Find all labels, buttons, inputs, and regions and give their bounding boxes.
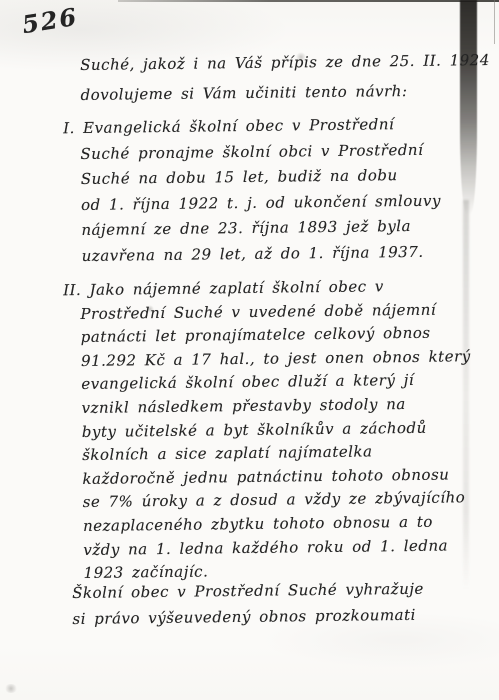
handwritten-text-line: I. Evangelická školní obec v Prostřední xyxy=(63,112,440,142)
page-number: 526 xyxy=(20,2,80,39)
scanned-document-page: 526 Suché, jakož i na Váš přípis ze dne … xyxy=(0,0,499,700)
handwritten-text-line: dovolujeme si Vám učiniti tento návrh: xyxy=(80,75,490,110)
section-2-paragraph: II. Jako nájemné zaplatí školní obec vPr… xyxy=(80,274,473,585)
section-1-paragraph: I. Evangelická školní obec v ProstředníS… xyxy=(80,112,442,269)
handwritten-text-line: evangelická školní obec dluží a který jí xyxy=(81,369,471,397)
greeting-paragraph: Suché, jakož i na Váš přípis ze dne 25. … xyxy=(80,45,490,110)
handwritten-text-line: nájemní ze dne 23. října 1893 jež byla xyxy=(81,214,441,244)
handwritten-text-line: si právo výšeuvedený obnos prozkoumati xyxy=(72,602,424,632)
handwritten-text-line: Suché, jakož i na Váš přípis ze dne 25. … xyxy=(80,45,490,80)
adjacent-page-edge-line xyxy=(494,0,495,44)
handwritten-text-line: vždy na 1. ledna každého roku od 1. ledn… xyxy=(83,534,473,562)
handwritten-text-line: uzavřena na 29 let, až do 1. října 1937. xyxy=(82,239,442,269)
closing-paragraph: Školní obec v Prostřední Suché vyhražuje… xyxy=(72,576,424,632)
scan-speck xyxy=(4,684,18,693)
scan-top-edge-artifact xyxy=(118,0,499,2)
handwritten-text-line: byty učitelské a byt školníkův a záchodů xyxy=(82,416,472,444)
book-binding-shadow xyxy=(460,0,477,215)
handwritten-text-line: Suché na dobu 15 let, budiž na dobu xyxy=(81,163,441,193)
